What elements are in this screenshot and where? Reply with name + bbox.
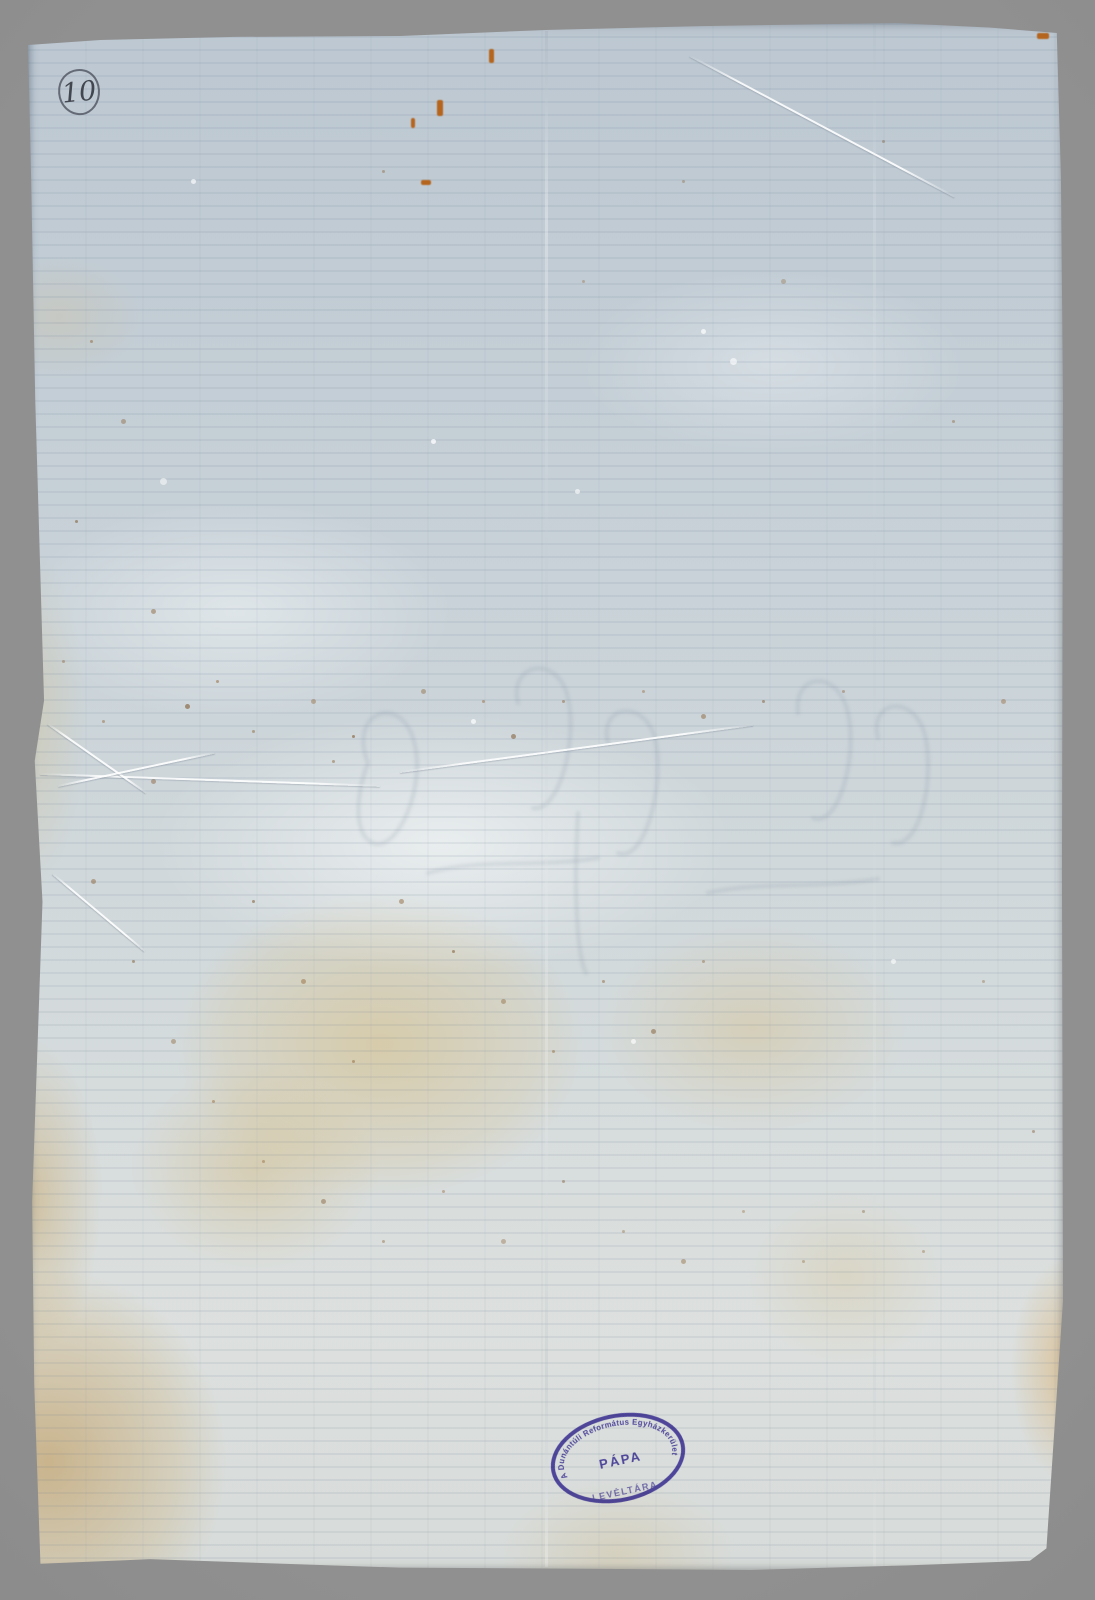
rust-mark — [489, 49, 494, 63]
fold-line-center — [545, 31, 548, 1567]
rust-mark — [421, 180, 431, 185]
stamp-arc-text: A Dunántúli Református Egyházkerület — [549, 1407, 681, 1482]
page-number-circle: 10 — [56, 67, 103, 117]
crease-line — [690, 55, 956, 198]
svg-text:A Dunántúli Református Egyházk: A Dunántúli Református Egyházkerület — [549, 1407, 681, 1482]
crease-line — [58, 752, 215, 787]
foxing-spots — [28, 23, 31, 26]
rust-mark — [437, 100, 443, 116]
archive-stamp: A Dunántúli Református Egyházkerület PÁP… — [535, 1395, 700, 1522]
rust-mark — [1037, 33, 1049, 39]
ink-bleedthrough — [278, 643, 938, 983]
page-number: 10 — [60, 77, 97, 107]
fold-line-right — [873, 25, 876, 1568]
paper-flecks — [28, 23, 31, 26]
rust-mark — [411, 118, 415, 128]
document-page: 10 A Dunántúli Református Egyházkerület … — [28, 23, 1063, 1570]
stamp-place-text: PÁPA — [598, 1448, 643, 1472]
crease-line — [52, 873, 145, 952]
scanner-background: 10 A Dunántúli Református Egyházkerület … — [0, 0, 1095, 1600]
